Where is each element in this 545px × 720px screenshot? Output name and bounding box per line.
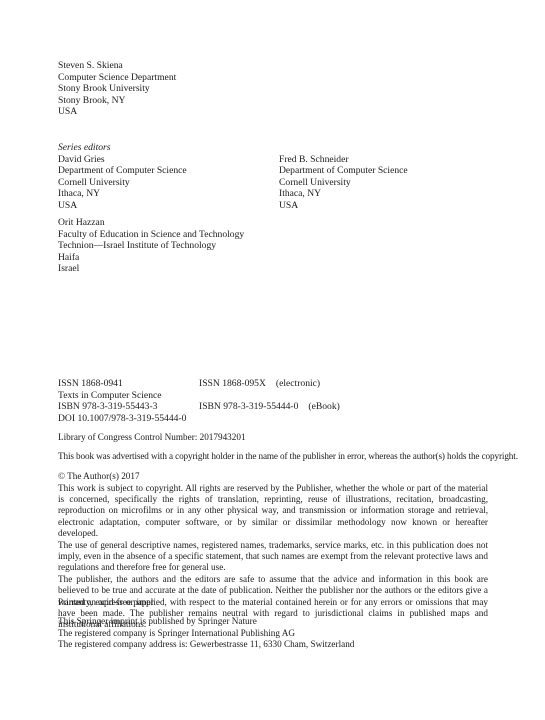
imprint: This Springer imprint is published by Sp…	[58, 616, 488, 651]
editor-city: Ithaca, NY	[279, 188, 408, 200]
imprint-company: The registered company is Springer Inter…	[58, 628, 488, 640]
copyright-paragraph-rights: This work is subject to copyright. All r…	[58, 483, 488, 540]
advertised-note: This book was advertised with a copyrigh…	[58, 451, 488, 463]
author-university: Stony Brook University	[58, 83, 488, 95]
issn-print: ISSN 1868-0941	[58, 378, 123, 389]
editor-gries: David Gries Department of Computer Scien…	[58, 154, 488, 212]
author-department: Computer Science Department	[58, 72, 488, 84]
isbn-row: ISBN 978-3-319-55443-3 ISBN 978-3-319-55…	[58, 401, 488, 413]
doi-row: DOI 10.1007/978-3-319-55444-0	[58, 413, 488, 425]
author-address: Steven S. Skiena Computer Science Depart…	[58, 60, 488, 118]
editor-university: Cornell University	[279, 177, 408, 189]
author-name: Steven S. Skiena	[58, 60, 488, 72]
isbn-ebook-note: (eBook)	[308, 401, 339, 412]
editor-name: Orit Hazzan	[58, 217, 488, 229]
doi: DOI 10.1007/978-3-319-55444-0	[58, 413, 186, 424]
isbn-ebook: ISBN 978-3-319-55444-0	[199, 401, 298, 412]
loc-control-number: Library of Congress Control Number: 2017…	[58, 432, 488, 444]
editor-university: Cornell University	[58, 177, 488, 189]
series-name-row: Texts in Computer Science	[58, 390, 488, 402]
isbn-print: ISBN 978-3-319-55443-3	[58, 401, 157, 412]
editor-faculty: Faculty of Education in Science and Tech…	[58, 229, 488, 241]
editor-institute: Technion—Israel Institute of Technology	[58, 240, 488, 252]
identifiers: ISSN 1868-0941 ISSN 1868-095X(electronic…	[58, 378, 488, 424]
editor-name: David Gries	[58, 154, 488, 166]
imprint-publisher: This Springer imprint is published by Sp…	[58, 616, 488, 628]
author-country: USA	[58, 106, 488, 118]
editor-schneider: Fred B. Schneider Department of Computer…	[279, 154, 408, 212]
editor-country: Israel	[58, 263, 488, 275]
editor-department: Department of Computer Science	[279, 165, 408, 177]
editor-country: USA	[279, 200, 408, 212]
imprint-address: The registered company address is: Gewer…	[58, 639, 488, 651]
issn-electronic: ISSN 1868-095X	[199, 378, 266, 389]
issn-row: ISSN 1868-0941 ISSN 1868-095X(electronic…	[58, 378, 488, 390]
series-editors: Series editors David Gries Department of…	[58, 142, 488, 212]
editor-name: Fred B. Schneider	[279, 154, 408, 166]
editor-country: USA	[58, 200, 488, 212]
series-name: Texts in Computer Science	[58, 390, 162, 401]
series-editors-heading: Series editors	[58, 142, 488, 154]
editor-city: Haifa	[58, 252, 488, 264]
issn-electronic-note: (electronic)	[276, 378, 320, 389]
printed-note: Printed on acid-free paper	[58, 597, 488, 609]
editor-city: Ithaca, NY	[58, 188, 488, 200]
author-city: Stony Brook, NY	[58, 95, 488, 107]
editor-hazzan: Orit Hazzan Faculty of Education in Scie…	[58, 217, 488, 275]
editor-department: Department of Computer Science	[58, 165, 488, 177]
copyright-line: © The Author(s) 2017	[58, 471, 488, 483]
copyright-paragraph-names: The use of general descriptive names, re…	[58, 540, 488, 574]
